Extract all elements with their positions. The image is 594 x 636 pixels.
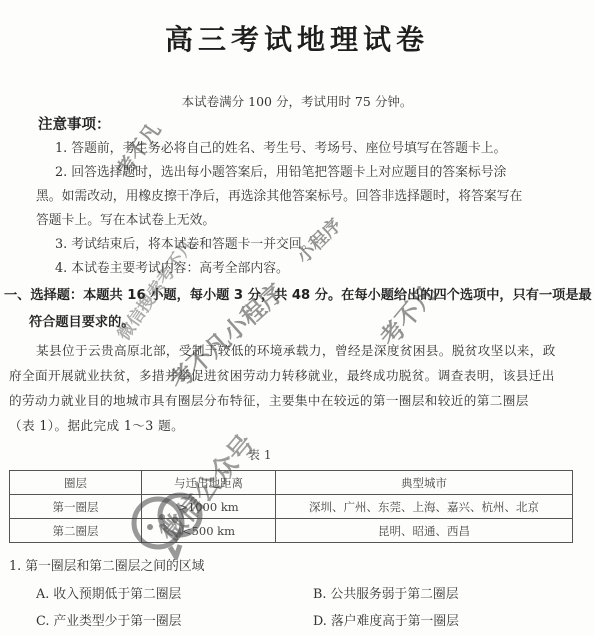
passage-line-1: 某县位于云贵高原北部，受制于较低的环境承载力，曾经是深度贫困县。脱贫攻坚以来，政 <box>36 340 556 359</box>
header-cell: 与迁出地距离 <box>142 471 276 495</box>
table-cell: 深圳、广州、东莞、上海、嘉兴、杭州、北京 <box>276 495 573 519</box>
passage-line-4: （表 1）。据此完成 1～3 题。 <box>9 415 184 434</box>
exam-page: 高三考试地理试卷 本试卷满分 100 分，考试用时 75 分钟。 注意事项： 1… <box>0 0 594 636</box>
page-title: 高三考试地理试卷 <box>0 18 594 58</box>
exam-info: 本试卷满分 100 分，考试用时 75 分钟。 <box>0 92 594 110</box>
section-instruction-line-2: 符合题目要求的。 <box>29 311 135 330</box>
passage-line-2: 府全面开展就业扶贫，多措并举促进贫困劳动力转移就业，最终成功脱贫。调查表明，该县… <box>9 365 555 384</box>
header-cell: 圈层 <box>10 471 142 495</box>
table-header-row: 圈层 与迁出地距离 典型城市 <box>10 471 573 495</box>
option-d: D. 落户难度高于第一圈层 <box>313 610 459 629</box>
table-row: 第二圈层 <500 km 昆明、昭通、西昌 <box>10 519 573 543</box>
notice-line-3: 黑。如需改动，用橡皮擦干净后，再选涂其他答案标号。回答非选择题时，将答案写在 <box>36 185 522 204</box>
table-row: 第一圈层 >1000 km 深圳、广州、东莞、上海、嘉兴、杭州、北京 <box>10 495 573 519</box>
option-c: C. 产业类型少于第一圈层 <box>36 610 181 629</box>
table-cell: 昆明、昭通、西昌 <box>276 519 573 543</box>
circle-layer-table: 圈层 与迁出地距离 典型城市 第一圈层 >1000 km 深圳、广州、东莞、上海… <box>9 470 573 543</box>
option-b: B. 公共服务弱于第二圈层 <box>313 583 459 602</box>
notice-line-6: 4. 本试卷主要考试内容：高考全部内容。 <box>55 257 289 276</box>
notice-line-5: 3. 考试结束后，将本试卷和答题卡一并交回。 <box>55 233 314 252</box>
question-1-stem: 1. 第一圈层和第二圈层之间的区域 <box>9 555 204 574</box>
table-cell: >1000 km <box>142 495 276 519</box>
section-instruction-line-1: 一、选择题：本题共 16 小题，每小题 3 分，共 48 分。在每小题给出的四个… <box>4 284 592 303</box>
notice-line-4: 答题卡上。写在本试卷上无效。 <box>36 209 215 228</box>
notice-line-1: 1. 答题前，考生务必将自己的姓名、考生号、考场号、座位号填写在答题卡上。 <box>55 137 506 156</box>
table-caption: 表 1 <box>248 446 271 463</box>
header-cell: 典型城市 <box>276 471 573 495</box>
notice-heading: 注意事项： <box>38 113 111 134</box>
table-cell: <500 km <box>142 519 276 543</box>
table-cell: 第一圈层 <box>10 495 142 519</box>
passage-line-3: 的劳动力就业目的地城市具有圈层分布特征，主要集中在较远的第一圈层和较近的第二圈层 <box>9 390 529 409</box>
table-cell: 第二圈层 <box>10 519 142 543</box>
option-a: A. 收入预期低于第二圈层 <box>36 583 181 602</box>
notice-line-2: 2. 回答选择题时，选出每小题答案后，用铅笔把答题卡上对应题目的答案标号涂 <box>55 161 506 180</box>
